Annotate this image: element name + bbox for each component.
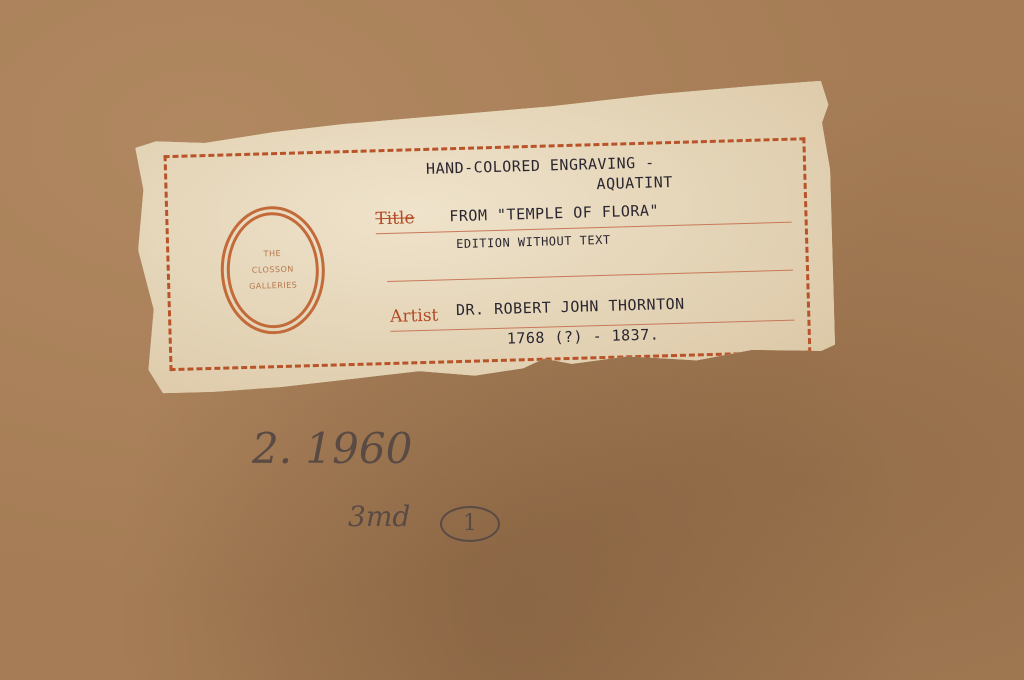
pencil-note-date: 2. 1960 (252, 424, 412, 473)
pencil-note-code: 3md (348, 500, 410, 533)
title-field-label: Title (375, 208, 415, 229)
medium-line-2: AQUATINT (596, 173, 673, 193)
gallery-label: THE CLOSSON GALLERIES HAND-COLORED ENGRA… (134, 81, 836, 400)
crest-text: CLOSSON (252, 262, 294, 279)
pencil-circled-number: 1 (440, 506, 500, 542)
crest-text: THE (263, 246, 281, 262)
artist-field-label: Artist (390, 306, 439, 327)
crest-text: GALLERIES (249, 278, 298, 295)
